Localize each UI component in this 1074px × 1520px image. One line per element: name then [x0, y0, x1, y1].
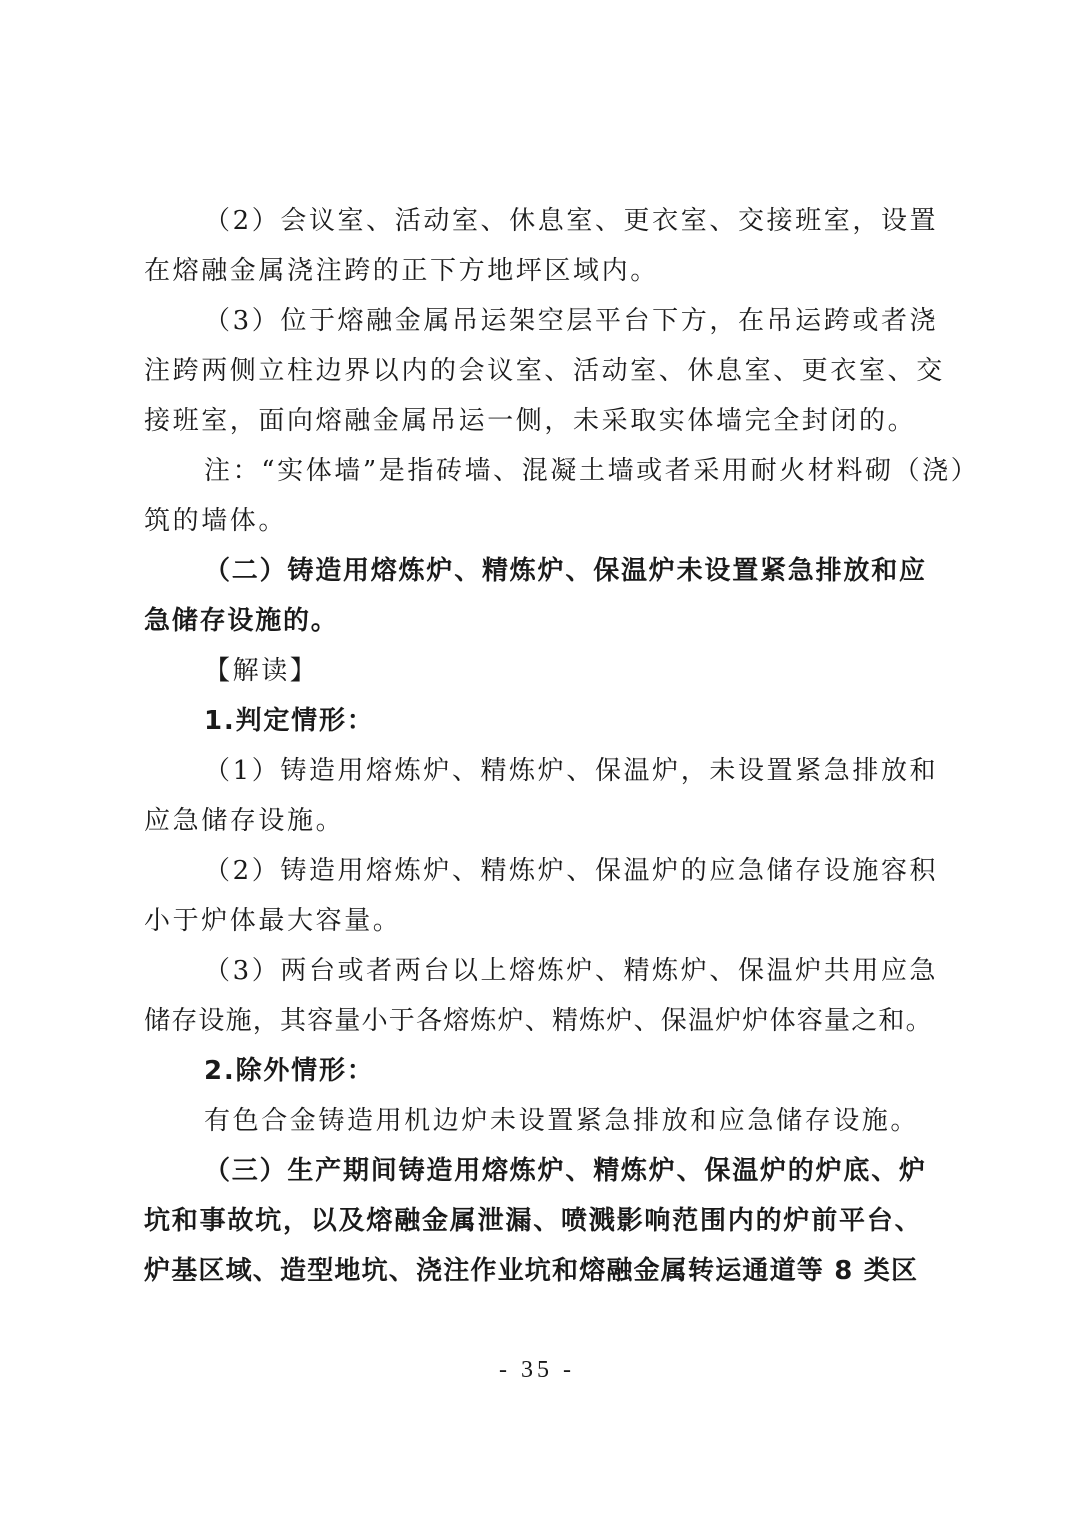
text-line: 小于炉体最大容量。 — [144, 896, 401, 946]
section-heading-2: （二）铸造用熔炼炉、精炼炉、保温炉未设置紧急排放和应 — [204, 546, 927, 596]
text-line-item-3: （3）两台或者两台以上熔炼炉、精炼炉、保温炉共用应急 — [204, 946, 938, 996]
text-line: 接班室，面向熔融金属吊运一侧，未采取实体墙完全封闭的。 — [144, 396, 916, 446]
text-line-item-2: （2）会议室、活动室、休息室、更衣室、交接班室，设置 — [204, 196, 938, 246]
text-line: 储存设施，其容量小于各熔炼炉、精炼炉、保温炉炉体容量之和。 — [144, 996, 933, 1046]
interpretation-label: 【解读】 — [204, 646, 318, 696]
section-heading-3: 坑和事故坑，以及熔融金属泄漏、喷溅影响范围内的炉前平台、 — [144, 1196, 922, 1246]
section-heading-3: 炉基区域、造型地坑、浇注作业坑和熔融金属转运通道等 8 类区 — [144, 1246, 918, 1296]
text-line: 应急储存设施。 — [144, 796, 344, 846]
subheading-criteria: 1.判定情形： — [204, 696, 375, 746]
text-line-item-2: （2）铸造用熔炼炉、精炼炉、保温炉的应急储存设施容积 — [204, 846, 938, 896]
text-line-item-1: （1）铸造用熔炼炉、精炼炉、保温炉，未设置紧急排放和 — [204, 746, 938, 796]
note-line: 注：“实体墙”是指砖墙、混凝土墙或者采用耐火材料砌（浇） — [204, 446, 979, 496]
section-heading-2: 急储存设施的。 — [144, 596, 339, 646]
note-line: 筑的墙体。 — [144, 496, 287, 546]
section-heading-3: （三）生产期间铸造用熔炼炉、精炼炉、保温炉的炉底、炉 — [204, 1146, 927, 1196]
text-line: 注跨两侧立柱边界以内的会议室、活动室、休息室、更衣室、交 — [144, 346, 945, 396]
text-line: 有色合金铸造用机边炉未设置紧急排放和应急储存设施。 — [204, 1096, 919, 1146]
page-number: - 35 - — [0, 1354, 1074, 1386]
text-line-item-3: （3）位于熔融金属吊运架空层平台下方，在吊运跨或者浇 — [204, 296, 938, 346]
text-line: 在熔融金属浇注跨的正下方地坪区域内。 — [144, 246, 659, 296]
subheading-exceptions: 2.除外情形： — [204, 1046, 375, 1096]
